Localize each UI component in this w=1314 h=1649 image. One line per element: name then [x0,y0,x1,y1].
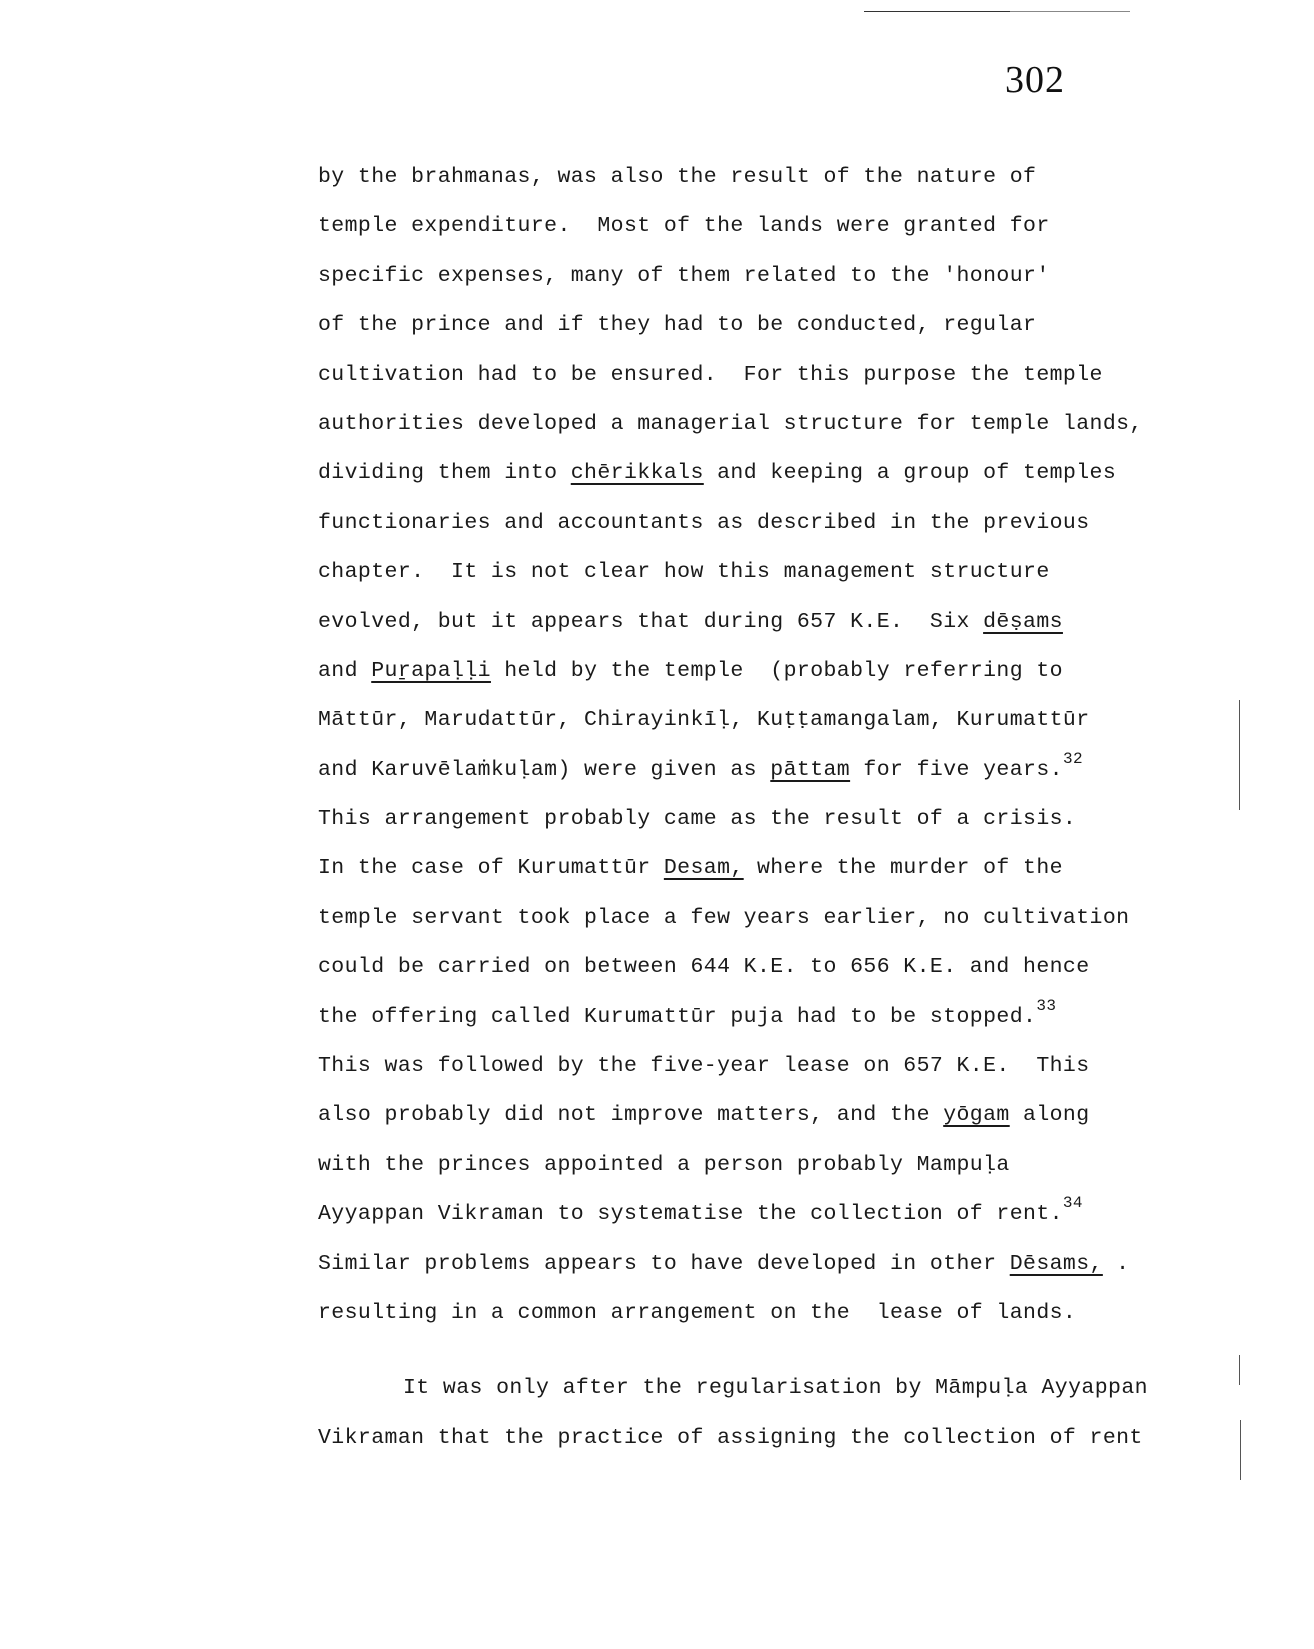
text-run: functionaries and accountants as describ… [318,511,1090,535]
text-run: specific expenses, many of them related … [318,264,1050,288]
text-line: cultivation had to be ensured. For this … [318,351,1278,400]
footnote-ref: 34 [1063,1194,1083,1212]
underlined-term: Dēsams, [1010,1252,1103,1276]
text-line: Māttūr, Marudattūr, Chirayinkīḷ, Kuṭṭama… [318,696,1278,745]
footnote-ref: 32 [1063,750,1083,768]
text-line: with the princes appointed a person prob… [318,1141,1278,1190]
paragraph: It was only after the regularisation by … [318,1364,1278,1463]
text-run: could be carried on between 644 K.E. to … [318,955,1090,979]
text-run: of the prince and if they had to be cond… [318,313,1036,337]
text-run: It was only after the regularisation by … [403,1376,1148,1400]
text-run: evolved, but it appears that during 657 … [318,610,983,634]
text-run: In the case of Kurumattūr [318,856,664,880]
text-run: dividing them into [318,461,571,485]
text-line: could be carried on between 644 K.E. to … [318,943,1278,992]
text-line: also probably did not improve matters, a… [318,1091,1278,1140]
text-line: temple expenditure. Most of the lands we… [318,202,1278,251]
text-line: resulting in a common arrangement on the… [318,1289,1278,1338]
text-line: the offering called Kurumattūr puja had … [318,993,1278,1042]
margin-scan-mark [1239,700,1240,810]
margin-scan-mark [1239,1355,1240,1385]
margin-scan-mark [1240,1420,1241,1480]
text-line: and Karuvēlaṁkuḷam) were given as pāttam… [318,746,1278,795]
text-line: Similar problems appears to have develop… [318,1240,1278,1289]
text-run: Ayyappan Vikraman to systematise the col… [318,1202,1063,1226]
text-line: Vikraman that the practice of assigning … [318,1414,1278,1463]
top-scan-rule-faint [1010,11,1130,12]
text-run: also probably did not improve matters, a… [318,1103,943,1127]
text-run: This arrangement probably came as the re… [318,807,1076,831]
text-run: and keeping a group of temples [704,461,1116,485]
text-run: and Karuvēlaṁkuḷam) were given as [318,758,770,782]
text-run: temple servant took place a few years ea… [318,906,1129,930]
text-line: functionaries and accountants as describ… [318,499,1278,548]
underlined-term: dēṣams [983,610,1063,634]
text-run: . [1103,1252,1130,1276]
footnote-ref: 33 [1036,997,1056,1015]
text-line: In the case of Kurumattūr Desam, where t… [318,844,1278,893]
text-run: authorities developed a managerial struc… [318,412,1143,436]
underlined-term: Puṟapaḷḷi [371,659,491,683]
text-line: This was followed by the five-year lease… [318,1042,1278,1091]
text-line: This arrangement probably came as the re… [318,795,1278,844]
text-line: chapter. It is not clear how this manage… [318,548,1278,597]
text-line: evolved, but it appears that during 657 … [318,598,1278,647]
text-run: where the murder of the [744,856,1063,880]
underlined-term: chērikkals [571,461,704,485]
text-run: This was followed by the five-year lease… [318,1054,1090,1078]
text-line: Ayyappan Vikraman to systematise the col… [318,1190,1278,1239]
paragraph-gap [318,1338,1278,1364]
text-line: It was only after the regularisation by … [318,1364,1278,1413]
text-line: temple servant took place a few years ea… [318,894,1278,943]
text-run: for five years. [850,758,1063,782]
page-number: 302 [1005,58,1065,102]
text-line: dividing them into chērikkals and keepin… [318,449,1278,498]
underlined-term: Desam, [664,856,744,880]
text-run: resulting in a common arrangement on the… [318,1301,1076,1325]
text-line: and Puṟapaḷḷi held by the temple (probab… [318,647,1278,696]
text-run: Vikraman that the practice of assigning … [318,1426,1143,1450]
text-run: the offering called Kurumattūr puja had … [318,1005,1036,1029]
text-run: Similar problems appears to have develop… [318,1252,1010,1276]
text-line: of the prince and if they had to be cond… [318,301,1278,350]
text-run: and [318,659,371,683]
text-run: by the brahmanas, was also the result of… [318,165,1036,189]
text-run: held by the temple (probably referring t… [491,659,1063,683]
text-line: by the brahmanas, was also the result of… [318,153,1278,202]
text-run: chapter. It is not clear how this manage… [318,560,1050,584]
body-text: by the brahmanas, was also the result of… [318,153,1278,1463]
underlined-term: pāttam [770,758,850,782]
text-line: authorities developed a managerial struc… [318,400,1278,449]
underlined-term: yōgam [943,1103,1010,1127]
text-run: along [1010,1103,1090,1127]
text-run: cultivation had to be ensured. For this … [318,363,1103,387]
text-run: temple expenditure. Most of the lands we… [318,214,1050,238]
paragraph: by the brahmanas, was also the result of… [318,153,1278,1338]
text-line: specific expenses, many of them related … [318,252,1278,301]
text-run: with the princes appointed a person prob… [318,1153,1010,1177]
text-run: Māttūr, Marudattūr, Chirayinkīḷ, Kuṭṭama… [318,708,1090,732]
